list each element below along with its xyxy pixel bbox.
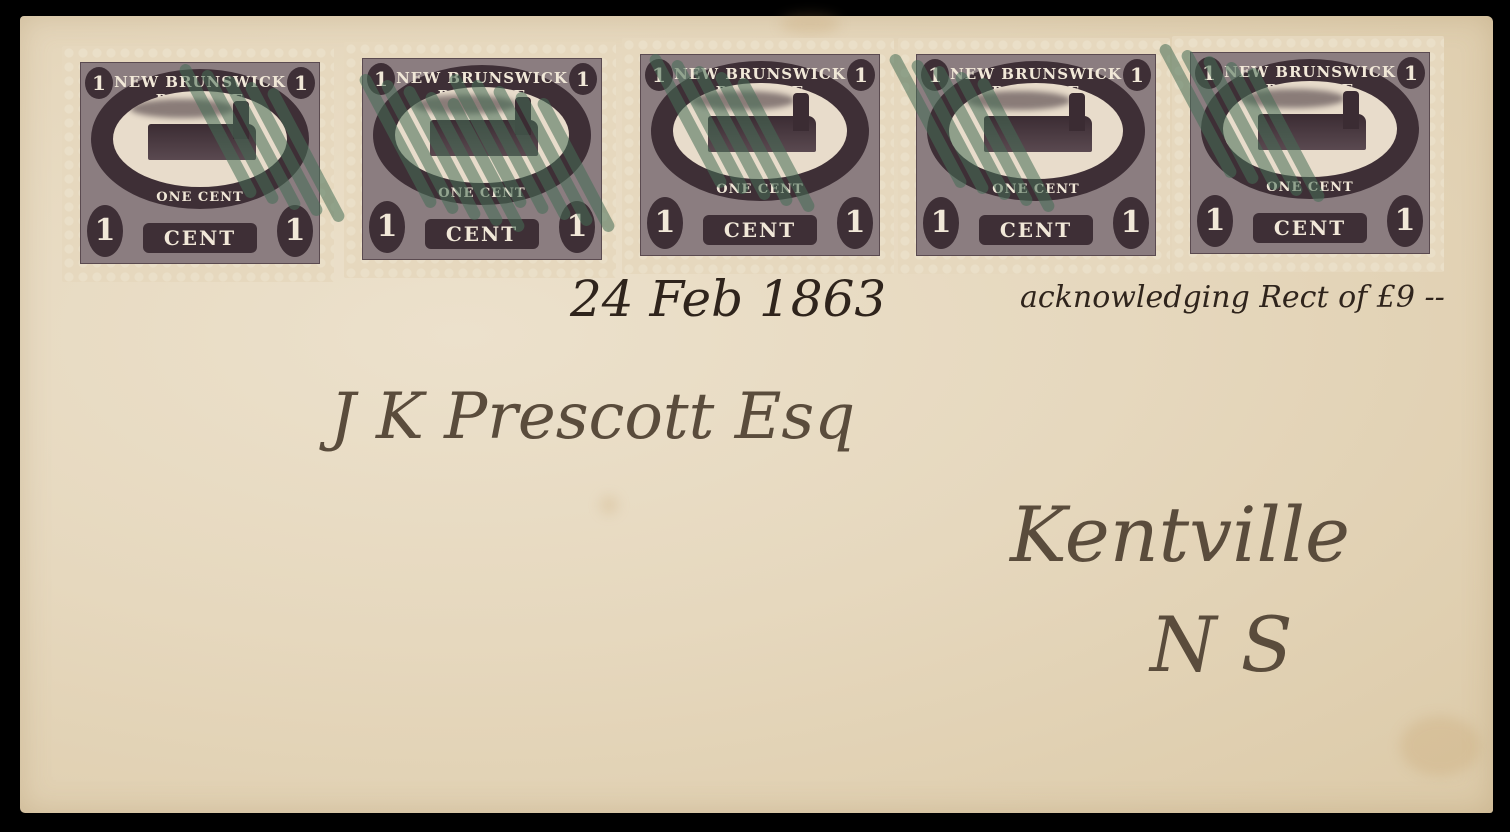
chimney-icon: [1069, 93, 1085, 131]
chimney-icon: [793, 93, 809, 131]
denomination-corner: 1: [1197, 195, 1233, 247]
foxing-stain: [1400, 716, 1480, 776]
foxing-stain: [780, 14, 840, 34]
denomination-corner: 1: [1397, 57, 1425, 89]
stamp-strip: NEW BRUNSWICK POSTAGE ONE CENT 1 1 1 1 C…: [62, 36, 1462, 286]
denomination-corner: 1: [847, 59, 875, 91]
handwritten-date: 24 Feb 1863: [570, 270, 886, 328]
denomination-corner: 1: [923, 197, 959, 249]
denomination-corner: 1: [85, 67, 113, 99]
stamp-cent-panel: CENT: [143, 223, 257, 253]
stamp-cent-panel: CENT: [703, 215, 817, 245]
denomination-corner: 1: [647, 197, 683, 249]
denomination-corner: 1: [277, 205, 313, 257]
chimney-icon: [1343, 91, 1359, 129]
denomination-corner: 1: [287, 67, 315, 99]
denomination-corner: 1: [569, 63, 597, 95]
denomination-corner: 1: [1123, 59, 1151, 91]
stamp-cent-panel: CENT: [1253, 213, 1367, 243]
denomination-corner: 1: [369, 201, 405, 253]
addressee-name: J K Prescott Esq: [330, 380, 855, 454]
address-town: Kentville: [1010, 490, 1350, 579]
denomination-corner: 1: [87, 205, 123, 257]
address-province: N S: [1150, 600, 1293, 689]
denomination-corner: 1: [837, 197, 873, 249]
denomination-corner: 1: [1387, 195, 1423, 247]
handwritten-note: acknowledging Rect of £9 --: [1020, 280, 1445, 315]
foxing-stain: [600, 496, 618, 514]
denomination-corner: 1: [1113, 197, 1149, 249]
stamp-cent-panel: CENT: [979, 215, 1093, 245]
